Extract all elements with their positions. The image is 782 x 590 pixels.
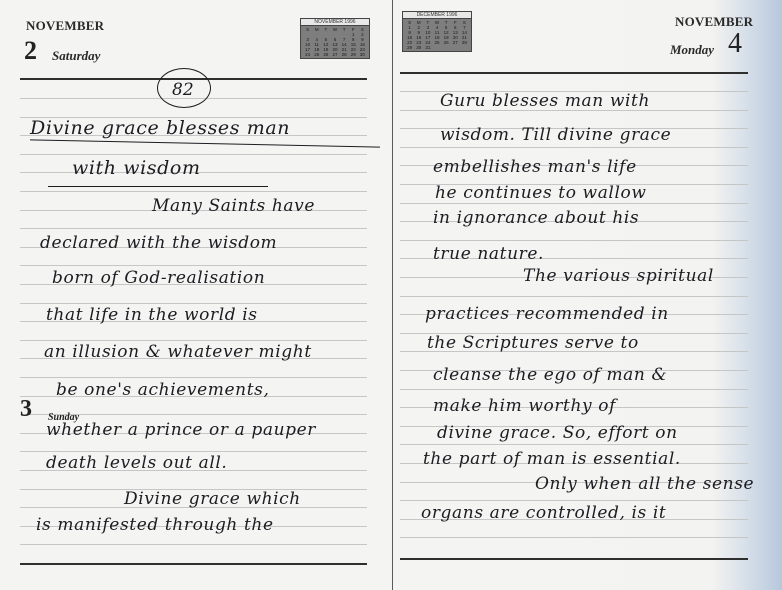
ruled-line [20, 228, 367, 229]
handwritten-line: the Scriptures serve to [427, 333, 639, 353]
mini-calendar-grid: SMTWTFS123456789101112131415161718192021… [301, 26, 369, 58]
handwritten-title-line2: with wisdom [72, 157, 201, 179]
calendar-cell: 28 [460, 40, 469, 45]
calendar-cell: 29 [405, 45, 414, 50]
calendar-cell: 28 [340, 52, 349, 57]
second-day-number: 3 [20, 396, 32, 423]
ruled-line [20, 265, 367, 266]
day-number: 4 [728, 28, 742, 60]
handwritten-line: divine grace. So, effort on [437, 423, 678, 443]
handwritten-line: Many Saints have [152, 196, 315, 216]
page-number: 82 [172, 80, 194, 100]
calendar-cell: 25 [432, 40, 441, 45]
ruled-line [400, 444, 748, 445]
handwritten-line: embellishes man's life [433, 157, 637, 177]
calendar-cell: 26 [321, 52, 330, 57]
handwritten-line: whether a prince or a pauper [46, 420, 316, 440]
mini-calendar-title: NOVEMBER 1996 [301, 19, 369, 26]
mini-calendar-title: DECEMBER 1996 [403, 12, 471, 19]
handwritten-line: organs are controlled, is it [421, 503, 666, 523]
title-underline-2 [48, 186, 268, 187]
header-divider [400, 72, 748, 74]
calendar-cell: 25 [312, 52, 321, 57]
right-diary-page: DECEMBER 1996 SMTWTFS1234567891011121314… [393, 0, 782, 590]
ruled-line [20, 544, 367, 545]
ruled-line [20, 340, 367, 341]
calendar-cell: 26 [442, 40, 451, 45]
ruled-line [400, 389, 748, 390]
footer-divider [400, 558, 748, 560]
calendar-cell: 27 [451, 40, 460, 45]
ruled-line [400, 147, 748, 148]
handwritten-line: is manifested through the [36, 515, 274, 535]
handwritten-line: be one's achievements, [56, 380, 269, 400]
handwritten-line: cleanse the ego of man & [433, 365, 667, 385]
ruled-line [20, 451, 367, 452]
handwritten-line: make him worthy of [433, 396, 616, 416]
handwritten-line: Only when all the sense [535, 474, 754, 494]
calendar-cell: 30 [358, 52, 367, 57]
ruled-line [20, 154, 367, 155]
ruled-line [400, 296, 748, 297]
calendar-cell: 24 [303, 52, 312, 57]
ruled-line [400, 240, 748, 241]
handwritten-title-line1: Divine grace blesses man [30, 117, 290, 139]
handwritten-line: born of God-realisation [52, 268, 265, 288]
handwritten-line: practices recommended in [425, 304, 669, 324]
month-label: NOVEMBER [26, 18, 104, 34]
calendar-cell: 30 [414, 45, 423, 50]
handwritten-line: wisdom. Till divine grace [440, 125, 671, 145]
ruled-line [20, 191, 367, 192]
handwritten-line: true nature. [433, 244, 544, 264]
day-name: Saturday [52, 48, 100, 64]
title-underline [30, 139, 380, 147]
mini-calendar-november: NOVEMBER 1996 SMTWTFS1234567891011121314… [300, 18, 370, 59]
handwritten-line: Guru blesses man with [440, 91, 650, 111]
handwritten-line: declared with the wisdom [40, 233, 277, 253]
calendar-cell: 29 [349, 52, 358, 57]
ruled-line [400, 500, 748, 501]
handwritten-line: death levels out all. [46, 453, 227, 473]
handwritten-line: he continues to wallow [435, 183, 647, 203]
handwritten-line: in ignorance about his [433, 208, 639, 228]
day-number: 2 [24, 36, 37, 66]
mini-calendar-grid: SMTWTFS123456789101112131415161718192021… [403, 19, 471, 51]
handwritten-line: The various spiritual [523, 266, 714, 286]
ruled-line [400, 537, 748, 538]
ruled-line [400, 203, 748, 204]
handwritten-line: the part of man is essential. [423, 449, 681, 469]
handwritten-line: Divine grace which [124, 489, 301, 509]
day-name: Monday [670, 42, 714, 58]
ruled-line [20, 377, 367, 378]
calendar-cell: 31 [423, 45, 432, 50]
calendar-cell: 27 [330, 52, 339, 57]
ruled-line [20, 303, 367, 304]
left-diary-page: NOVEMBER 2 Saturday NOVEMBER 1996 SMTWTF… [0, 0, 393, 590]
handwritten-line: that life in the world is [46, 305, 258, 325]
handwritten-line: an illusion & whatever might [44, 342, 312, 362]
mini-calendar-december: DECEMBER 1996 SMTWTFS1234567891011121314… [402, 11, 472, 52]
footer-divider [20, 563, 367, 565]
